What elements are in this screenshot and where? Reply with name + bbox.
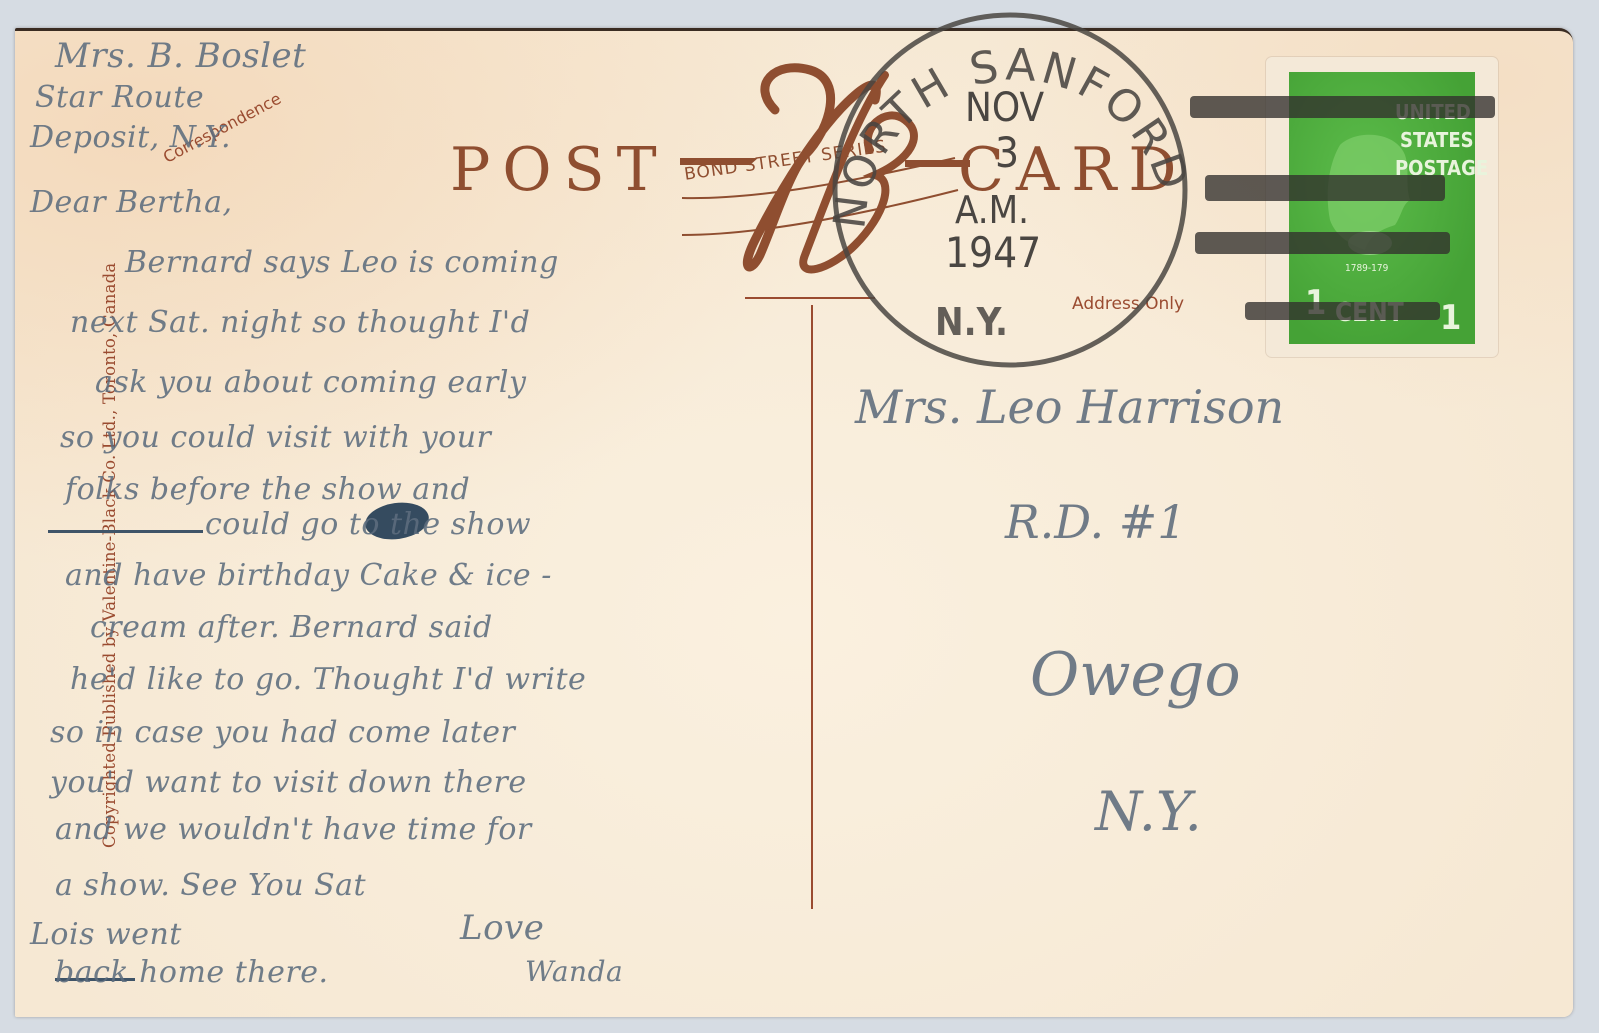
message-line: Bernard says Leo is coming — [125, 245, 559, 280]
center-divider — [811, 305, 813, 909]
message-line: cream after. Bernard said — [90, 610, 493, 645]
message-line: could go to the show — [205, 507, 531, 542]
message-line: and we wouldn't have time for — [55, 812, 532, 847]
post-heading: POST — [450, 135, 669, 205]
recipient-name: Mrs. Leo Harrison — [855, 380, 1284, 434]
recipient-city: Owego — [1030, 640, 1241, 710]
message-line: folks before the show and — [65, 472, 470, 507]
message-line: a show. See You Sat — [55, 868, 366, 903]
cancel-bar — [1195, 232, 1450, 254]
return-address-line: Star Route — [35, 80, 204, 115]
message-line: Lois went — [30, 917, 182, 952]
stamp-denomination-right: 1 — [1440, 298, 1461, 338]
message-line: Love — [460, 908, 544, 948]
return-address-line: Deposit, N.Y. — [30, 120, 231, 155]
message-line: so you could visit with your — [60, 420, 491, 455]
postmark-month: NOV — [965, 85, 1044, 131]
stamp-text-states: STATES — [1400, 128, 1474, 152]
postmark-time: A.M. — [955, 188, 1029, 232]
return-address-line: Mrs. B. Boslet — [55, 36, 306, 76]
message-line: so in case you had come later — [50, 715, 515, 750]
message-line: next Sat. night so thought I'd — [70, 305, 530, 340]
stamp-years: 1789-179 — [1345, 263, 1388, 274]
postmark-day: 3 — [995, 128, 1019, 177]
cancel-bar — [1205, 175, 1445, 201]
postmark-state: N.Y. — [935, 300, 1008, 344]
recipient-state: N.Y. — [1095, 780, 1202, 843]
message-line: he'd like to go. Thought I'd write — [70, 662, 586, 697]
message-line: ask you about coming early — [95, 365, 526, 400]
cancel-bar — [1245, 302, 1440, 320]
message-line: Dear Bertha, — [30, 185, 233, 220]
message-line: and have birthday Cake & ice - — [65, 558, 552, 593]
cancel-bar — [1190, 96, 1495, 118]
message-line: you'd want to visit down there — [50, 765, 527, 800]
signature: Wanda — [525, 955, 623, 988]
strikethrough — [48, 530, 203, 533]
recipient-route: R.D. #1 — [1005, 495, 1187, 549]
postmark-year: 1947 — [945, 228, 1041, 277]
message-line: back home there. — [55, 955, 329, 990]
